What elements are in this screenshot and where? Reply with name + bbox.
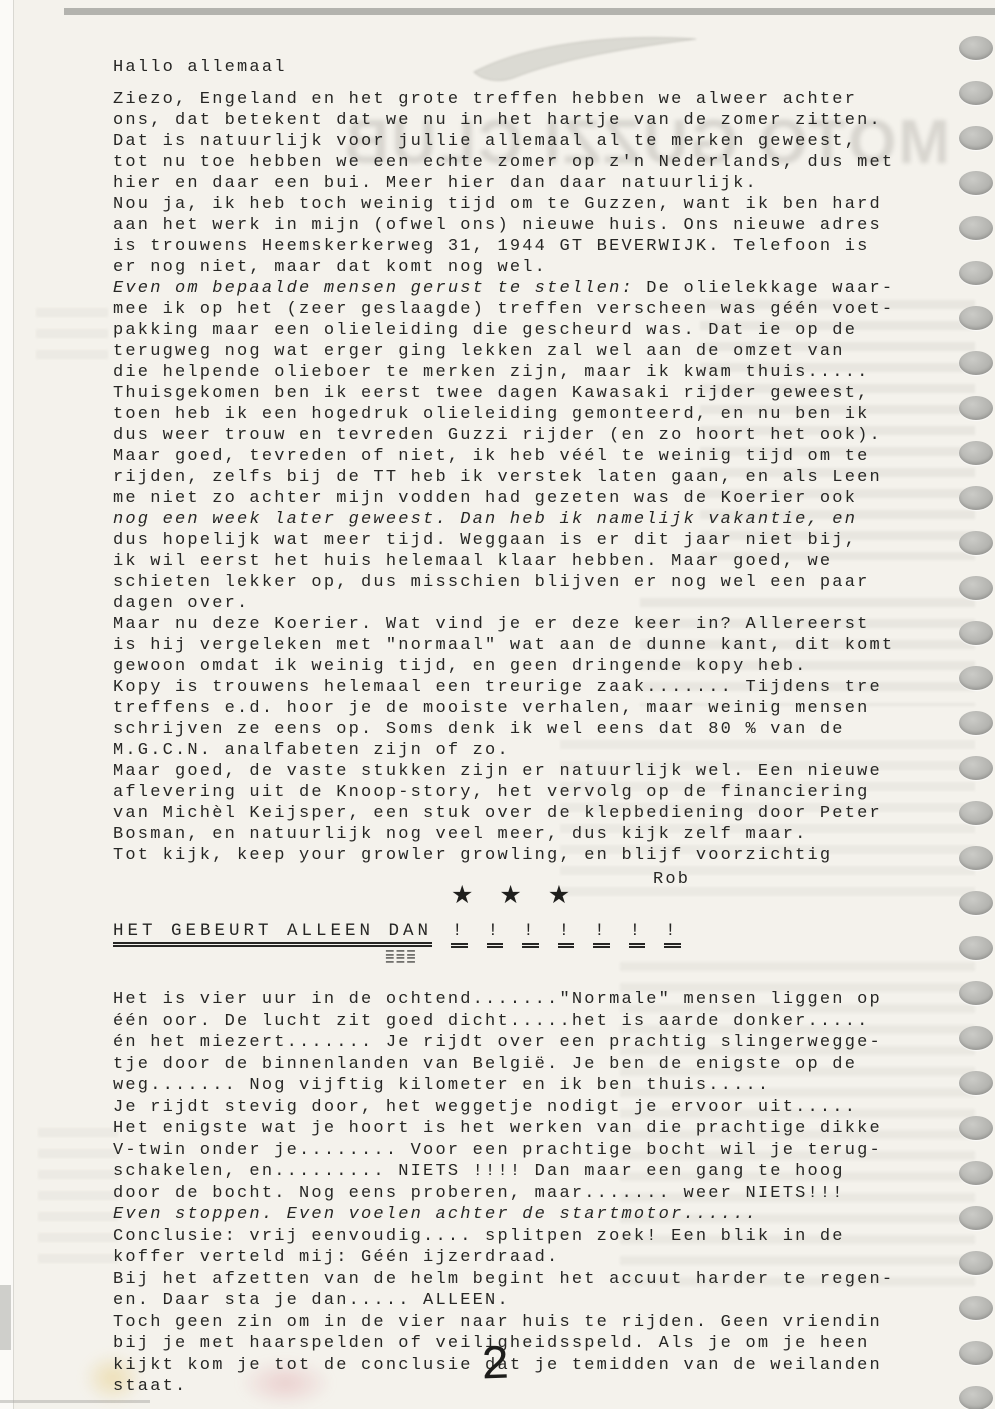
text-segment: Bij het afzetten van de helm begint het …	[113, 1270, 894, 1289]
text-line: dagen over.	[113, 593, 923, 614]
text-segment: en. Daar sta je dan..... ALLEEN.	[113, 1291, 510, 1310]
binder-hole	[959, 1026, 993, 1050]
text-segment: ik wil eerst het huis helemaal klaar heb…	[113, 552, 832, 571]
heading-extra-marks: === ===	[385, 951, 923, 965]
binder-hole	[959, 621, 993, 645]
text-segment: schieten lekker op, dus misschien blijve…	[113, 573, 870, 592]
text-segment: Dat is natuurlijk voor jullie allemaal a…	[113, 132, 857, 151]
scan-edge-smudge	[0, 1285, 11, 1350]
binder-hole	[959, 846, 993, 870]
text-line: er nog niet, maar dat komt nog wel.	[113, 257, 923, 278]
section-heading: HET GEBEURT ALLEEN DAN!!!!!!!	[113, 920, 923, 948]
binder-hole	[959, 486, 993, 510]
exclamation-mark: !	[487, 920, 504, 948]
text-line: schakelen, en......... NIETS !!!! Dan ma…	[113, 1161, 923, 1183]
text-segment: dus weer trouw en tevreden Guzzi rijder …	[113, 426, 882, 445]
typewritten-content: Hallo allemaal Ziezo, Engeland en het gr…	[113, 57, 923, 1398]
text-segment: M.G.C.N. analfabeten zijn of zo.	[113, 741, 510, 760]
binder-hole	[959, 936, 993, 960]
text-line: aflevering uit de Knoop-story, het vervo…	[113, 782, 923, 803]
text-line: nog een week later geweest. Dan heb ik n…	[113, 509, 923, 530]
signature: Rob	[653, 870, 690, 889]
text-line: dus weer trouw en tevreden Guzzi rijder …	[113, 425, 923, 446]
exclamation-mark: !	[593, 920, 610, 948]
section-heading-text: HET GEBEURT ALLEEN DAN	[113, 921, 432, 947]
page-number: 2	[480, 1338, 511, 1395]
page-greeting: Hallo allemaal	[113, 57, 923, 78]
text-line: staat.	[113, 1376, 923, 1398]
binder-hole	[959, 81, 993, 105]
bleedthrough-text-lines	[38, 1128, 118, 1268]
text-segment: Je rijdt stevig door, het weggetje nodig…	[113, 1098, 857, 1117]
text-line: één oor. De lucht zit goed dicht.....het…	[113, 1011, 923, 1033]
text-line: door de bocht. Nog eens proberen, maar..…	[113, 1183, 923, 1205]
text-line: van Michèl Keijsper, een stuk over de kl…	[113, 803, 923, 824]
text-line: Kopy is trouwens helemaal een treurige z…	[113, 677, 923, 698]
text-line: gewoon omdat ik weinig tijd, en geen dri…	[113, 656, 923, 677]
exclamation-mark: !	[522, 920, 539, 948]
binder-hole	[959, 171, 993, 195]
text-segment: Even stoppen. Even voelen achter de star…	[113, 1205, 758, 1224]
text-segment: die helpende olieboer te merken zijn, ma…	[113, 363, 870, 382]
text-line: Bij het afzetten van de helm begint het …	[113, 1269, 923, 1291]
text-segment: Tot kijk, keep your growler growling, en…	[113, 846, 832, 865]
binder-hole	[959, 1206, 993, 1230]
bleedthrough-text-lines	[36, 308, 108, 366]
text-line: is hij vergeleken met "normaal" wat aan …	[113, 635, 923, 656]
binder-hole	[959, 216, 993, 240]
text-line: Toch geen zin om in de vier naar huis te…	[113, 1312, 923, 1334]
page-left-edge	[0, 0, 14, 1409]
text-line: tot nu toe hebben we een echte zomer op …	[113, 152, 923, 173]
text-segment: Maar goed, tevreden of niet, ik heb véél…	[113, 447, 870, 466]
text-line: schrijven ze eens op. Soms denk ik wel e…	[113, 719, 923, 740]
text-segment: dagen over.	[113, 594, 249, 613]
text-segment: door de bocht. Nog eens proberen, maar..…	[113, 1184, 845, 1203]
text-segment: tje door de binnenlanden van België. Je …	[113, 1055, 857, 1074]
text-segment: mee ik op het (zeer geslaagde) treffen v…	[113, 300, 894, 319]
text-segment: nog een week later geweest. Dan heb ik n…	[113, 510, 857, 529]
binder-hole	[959, 1386, 993, 1409]
binder-hole	[959, 891, 993, 915]
text-line: Nou ja, ik heb toch weinig tijd om te Gu…	[113, 194, 923, 215]
exclamation-mark: !	[664, 920, 681, 948]
scan-top-edge-line	[64, 8, 995, 15]
text-segment: V-twin onder je........ Voor een prachti…	[113, 1141, 882, 1160]
text-segment: er nog niet, maar dat komt nog wel.	[113, 258, 547, 277]
text-segment: dus hopelijk wat meer tijd. Weggaan is e…	[113, 531, 857, 550]
text-line: ik wil eerst het huis helemaal klaar heb…	[113, 551, 923, 572]
text-line: is trouwens Heemskerkerweg 31, 1944 GT B…	[113, 236, 923, 257]
text-line: Thuisgekomen ben ik eerst twee dagen Kaw…	[113, 383, 923, 404]
text-segment: rijden, zelfs bij de TT heb ik verstek l…	[113, 468, 882, 487]
text-segment: schrijven ze eens op. Soms denk ik wel e…	[113, 720, 845, 739]
binder-hole	[959, 711, 993, 735]
text-line: me niet zo achter mijn vodden had gezete…	[113, 488, 923, 509]
stars-separator: ★ ★ ★	[451, 880, 579, 909]
text-line: Maar goed, tevreden of niet, ik heb véél…	[113, 446, 923, 467]
binder-hole	[959, 351, 993, 375]
binder-hole	[959, 801, 993, 825]
equals-marks: ===	[385, 951, 923, 958]
text-line: hier en daar een bui. Meer hier dan daar…	[113, 173, 923, 194]
binder-hole	[959, 666, 993, 690]
text-segment: Ziezo, Engeland en het grote treffen heb…	[113, 90, 857, 109]
binder-hole	[959, 1296, 993, 1320]
text-line: tje door de binnenlanden van België. Je …	[113, 1054, 923, 1076]
text-line: Het is vier uur in de ochtend......."Nor…	[113, 989, 923, 1011]
exclamation-mark: !	[629, 920, 646, 948]
text-line: en. Daar sta je dan..... ALLEEN.	[113, 1290, 923, 1312]
text-segment: één oor. De lucht zit goed dicht.....het…	[113, 1012, 870, 1031]
binder-hole	[959, 1071, 993, 1095]
text-line: V-twin onder je........ Voor een prachti…	[113, 1140, 923, 1162]
text-segment: Maar goed, de vaste stukken zijn er natu…	[113, 762, 882, 781]
text-segment: Thuisgekomen ben ik eerst twee dagen Kaw…	[113, 384, 870, 403]
exclamation-mark: !	[451, 920, 468, 948]
binder-hole	[959, 261, 993, 285]
text-line: dus hopelijk wat meer tijd. Weggaan is e…	[113, 530, 923, 551]
text-segment: Bosman, en natuurlijk nog veel meer, dus…	[113, 825, 808, 844]
text-line: die helpende olieboer te merken zijn, ma…	[113, 362, 923, 383]
binder-hole	[959, 576, 993, 600]
text-line: én het miezert....... Je rijdt over een …	[113, 1032, 923, 1054]
text-line: Ziezo, Engeland en het grote treffen heb…	[113, 89, 923, 110]
signature-row: ★ ★ ★ Rob	[113, 866, 923, 912]
text-line: toen heb ik een hogedruk olieleiding gem…	[113, 404, 923, 425]
text-line: kijkt kom je tot de conclusie dat je tem…	[113, 1355, 923, 1377]
text-line: Je rijdt stevig door, het weggetje nodig…	[113, 1097, 923, 1119]
text-line: Conclusie: vrij eenvoudig.... splitpen z…	[113, 1226, 923, 1248]
text-segment: Het is vier uur in de ochtend......."Nor…	[113, 990, 882, 1009]
text-segment: van Michèl Keijsper, een stuk over de kl…	[113, 804, 882, 823]
text-segment: aan het werk in mijn (ofwel ons) nieuwe …	[113, 216, 882, 235]
binder-hole	[959, 396, 993, 420]
binder-hole	[959, 1341, 993, 1365]
binder-hole	[959, 1116, 993, 1140]
binder-hole	[959, 981, 993, 1005]
text-segment: Maar nu deze Koerier. Wat vind je er dez…	[113, 615, 870, 634]
text-segment: weg....... Nog vijftig kilometer en ik b…	[113, 1076, 770, 1095]
text-line: ons, dat betekent dat we nu in het hartj…	[113, 110, 923, 131]
text-line: Dat is natuurlijk voor jullie allemaal a…	[113, 131, 923, 152]
text-segment: terugweg nog wat erger ging lekken zal w…	[113, 342, 845, 361]
text-line: Even stoppen. Even voelen achter de star…	[113, 1204, 923, 1226]
binder-hole	[959, 126, 993, 150]
text-segment: Het enigste wat je hoort is het werken v…	[113, 1119, 882, 1138]
story-text: Het is vier uur in de ochtend......."Nor…	[113, 989, 923, 1398]
text-line: weg....... Nog vijftig kilometer en ik b…	[113, 1075, 923, 1097]
text-line: bij je met haarspelden of veiligheidsspe…	[113, 1333, 923, 1355]
text-line: schieten lekker op, dus misschien blijve…	[113, 572, 923, 593]
binder-hole	[959, 306, 993, 330]
text-segment: Nou ja, ik heb toch weinig tijd om te Gu…	[113, 195, 882, 214]
text-line: koffer verteld mij: Géén ijzerdraad.	[113, 1247, 923, 1269]
equals-marks: ===	[385, 958, 923, 965]
text-line: rijden, zelfs bij de TT heb ik verstek l…	[113, 467, 923, 488]
binder-hole	[959, 1251, 993, 1275]
text-segment: Toch geen zin om in de vier naar huis te…	[113, 1313, 882, 1332]
text-line: pakking maar een olieleiding die gescheu…	[113, 320, 923, 341]
heading-exclamations: !!!!!!!	[432, 921, 681, 941]
text-line: aan het werk in mijn (ofwel ons) nieuwe …	[113, 215, 923, 236]
text-line: Bosman, en natuurlijk nog veel meer, dus…	[113, 824, 923, 845]
scanned-page: MOTO GUZZI CLUB Hallo allemaal Ziezo, En…	[0, 0, 995, 1409]
text-segment: pakking maar een olieleiding die gescheu…	[113, 321, 857, 340]
text-line: mee ik op het (zeer geslaagde) treffen v…	[113, 299, 923, 320]
binder-hole	[959, 441, 993, 465]
text-segment: aflevering uit de Knoop-story, het vervo…	[113, 783, 870, 802]
text-segment: tot nu toe hebben we een echte zomer op …	[113, 153, 894, 172]
binder-hole	[959, 36, 993, 60]
text-line: Het enigste wat je hoort is het werken v…	[113, 1118, 923, 1140]
text-line: terugweg nog wat erger ging lekken zal w…	[113, 341, 923, 362]
text-line: M.G.C.N. analfabeten zijn of zo.	[113, 740, 923, 761]
text-line: treffens e.d. hoor je de mooiste verhale…	[113, 698, 923, 719]
text-segment: Conclusie: vrij eenvoudig.... splitpen z…	[113, 1227, 845, 1246]
text-segment: Kopy is trouwens helemaal een treurige z…	[113, 678, 882, 697]
text-segment: gewoon omdat ik weinig tijd, en geen dri…	[113, 657, 808, 676]
text-segment: is trouwens Heemskerkerweg 31, 1944 GT B…	[113, 237, 870, 256]
binder-hole	[959, 531, 993, 555]
editorial-text: Ziezo, Engeland en het grote treffen heb…	[113, 89, 923, 866]
text-segment: én het miezert....... Je rijdt over een …	[113, 1033, 882, 1052]
text-line: Even om bepaalde mensen gerust te stelle…	[113, 278, 923, 299]
text-segment: koffer verteld mij: Géén ijzerdraad.	[113, 1248, 559, 1267]
binder-hole	[959, 756, 993, 780]
text-segment: treffens e.d. hoor je de mooiste verhale…	[113, 699, 870, 718]
text-segment: is hij vergeleken met "normaal" wat aan …	[113, 636, 894, 655]
text-segment: ons, dat betekent dat we nu in het hartj…	[113, 111, 882, 130]
text-segment: De olielekkage waar-	[646, 279, 894, 298]
text-segment: staat.	[113, 1377, 187, 1396]
text-segment: me niet zo achter mijn vodden had gezete…	[113, 489, 857, 508]
text-segment: hier en daar een bui. Meer hier dan daar…	[113, 174, 758, 193]
text-segment: Even om bepaalde mensen gerust te stelle…	[113, 279, 646, 298]
binder-hole	[959, 1161, 993, 1185]
text-segment: toen heb ik een hogedruk olieleiding gem…	[113, 405, 870, 424]
text-line: Maar goed, de vaste stukken zijn er natu…	[113, 761, 923, 782]
text-line: Tot kijk, keep your growler growling, en…	[113, 845, 923, 866]
exclamation-mark: !	[558, 920, 575, 948]
text-segment: schakelen, en......... NIETS !!!! Dan ma…	[113, 1162, 845, 1181]
text-line: Maar nu deze Koerier. Wat vind je er dez…	[113, 614, 923, 635]
